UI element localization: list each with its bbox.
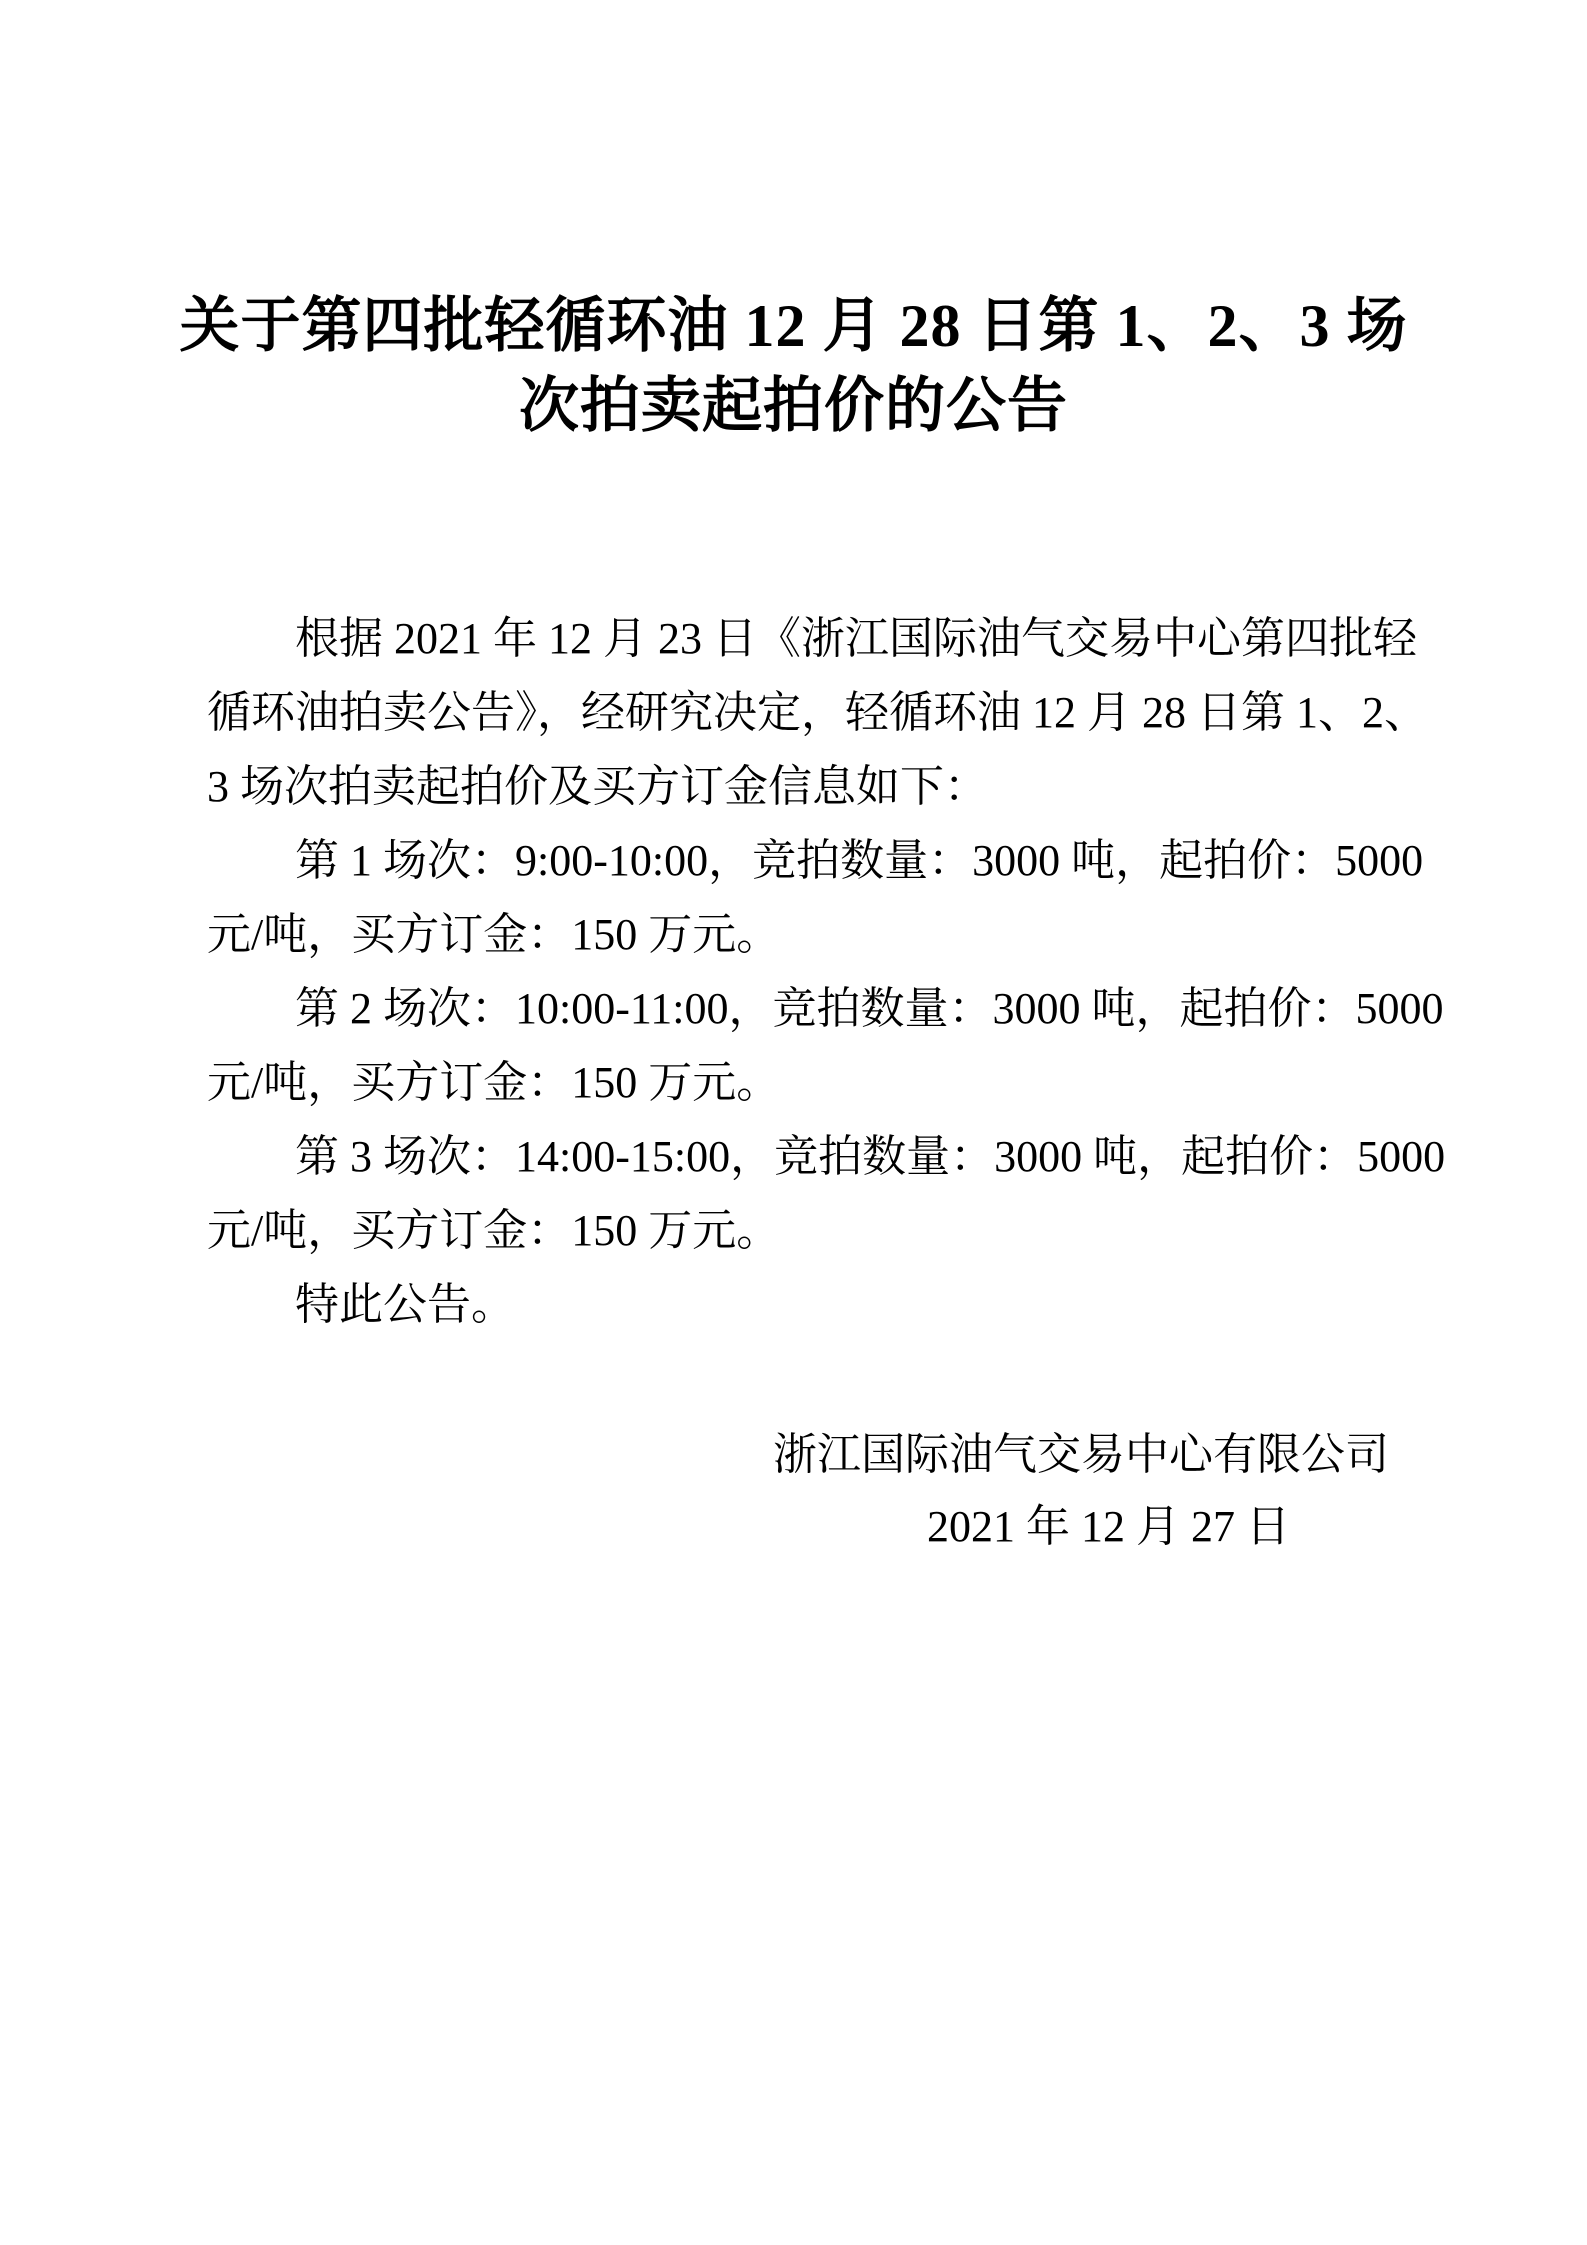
body-line: 循环油拍卖公告》，经研究决定，轻循环油 12 月 28 日第 1、2、 bbox=[207, 676, 1507, 750]
body-line: 第 3 场次：14:00-15:00，竞拍数量：3000 吨，起拍价：5000 bbox=[207, 1120, 1507, 1194]
body-line: 元/吨，买方订金：150 万元。 bbox=[207, 1046, 1507, 1120]
document-body: 根据 2021 年 12 月 23 日《浙江国际油气交易中心第四批轻循环油拍卖公… bbox=[207, 602, 1507, 1342]
body-line: 3 场次拍卖起拍价及买方订金信息如下： bbox=[207, 750, 1507, 824]
title-line-2: 次拍卖起拍价的公告 bbox=[0, 366, 1587, 446]
body-line: 元/吨，买方订金：150 万元。 bbox=[207, 898, 1507, 972]
body-line: 元/吨，买方订金：150 万元。 bbox=[207, 1194, 1507, 1268]
body-line: 第 2 场次：10:00-11:00，竞拍数量：3000 吨，起拍价：5000 bbox=[207, 972, 1507, 1046]
announcement-document-page: 关于第四批轻循环油 12 月 28 日第 1、2、3 场 次拍卖起拍价的公告 根… bbox=[0, 0, 1587, 2245]
signature-date: 2021 年 12 月 27 日 bbox=[927, 1490, 1290, 1564]
body-line: 根据 2021 年 12 月 23 日《浙江国际油气交易中心第四批轻 bbox=[207, 602, 1507, 676]
body-line: 特此公告。 bbox=[207, 1268, 1507, 1342]
signature-company: 浙江国际油气交易中心有限公司 bbox=[773, 1418, 1389, 1492]
body-line: 第 1 场次：9:00-10:00，竞拍数量：3000 吨，起拍价：5000 bbox=[207, 824, 1507, 898]
document-title: 关于第四批轻循环油 12 月 28 日第 1、2、3 场 次拍卖起拍价的公告 bbox=[0, 286, 1587, 446]
title-line-1: 关于第四批轻循环油 12 月 28 日第 1、2、3 场 bbox=[0, 286, 1587, 366]
